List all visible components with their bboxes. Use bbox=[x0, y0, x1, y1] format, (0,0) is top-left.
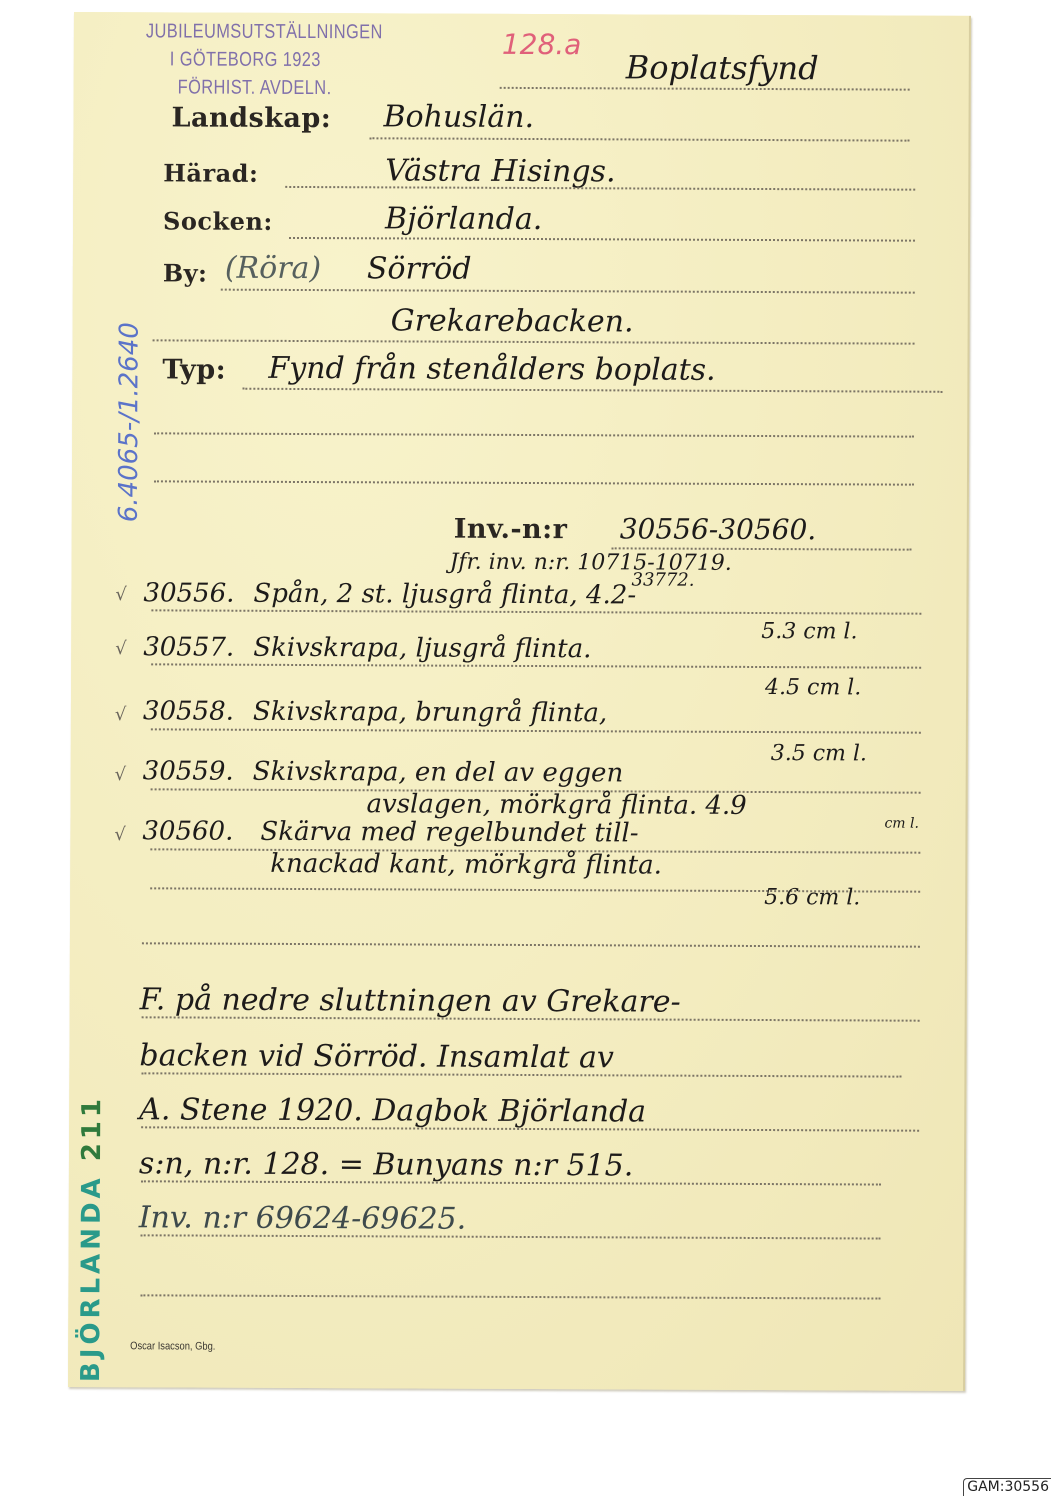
checkmark-icon: √ bbox=[115, 638, 127, 659]
checkmark-icon: √ bbox=[115, 764, 127, 785]
typ-dotted-line bbox=[242, 388, 942, 393]
by-dotted-line-2 bbox=[153, 339, 915, 344]
socken-label: Socken: bbox=[163, 206, 273, 235]
item-description: Spån, 2 st. ljusgrå flinta, 4.2- bbox=[253, 579, 636, 611]
socken-dotted-line bbox=[289, 237, 915, 242]
item-dotted-line bbox=[151, 609, 921, 614]
margin-stamp-place: BJÖRLANDA bbox=[76, 1174, 107, 1382]
item-description: Skärva med regelbundet till- bbox=[260, 817, 638, 849]
printer-imprint: Oscar Isacson, Gbg. bbox=[130, 1340, 215, 1352]
margin-stamp: BJÖRLANDA 211 bbox=[76, 1095, 107, 1382]
typ-value: Fynd från stenålders boplats. bbox=[268, 351, 715, 388]
red-catalog-number: 128.a bbox=[502, 28, 582, 61]
blank-dotted-line-2 bbox=[154, 480, 914, 485]
margin-stamp-number: 211 bbox=[77, 1095, 107, 1161]
checkmark-icon: √ bbox=[115, 704, 127, 725]
item-dotted-line bbox=[151, 728, 921, 733]
item-size: cm l. bbox=[884, 816, 919, 832]
exhibition-stamp-line1: JUBILEUMSUTSTÄLLNINGEN bbox=[146, 20, 383, 44]
item-size: 3.5 cm l. bbox=[771, 741, 867, 766]
item-description: Skivskrapa, brungrå flinta, bbox=[253, 697, 607, 729]
note-line: backen vid Sörröd. Insamlat av bbox=[139, 1038, 614, 1075]
item-number: 30560. bbox=[142, 816, 233, 846]
inventory-label: Inv.-n:r bbox=[454, 514, 568, 545]
by-label: By: bbox=[163, 258, 208, 287]
harad-value: Västra Hisings. bbox=[385, 153, 615, 189]
inventory-range: 30556-30560. bbox=[620, 512, 817, 546]
note-line: Inv. n:r 69624-69625. bbox=[139, 1200, 467, 1236]
category-dotted-line bbox=[500, 87, 910, 91]
by-value: Sörröd bbox=[367, 251, 472, 286]
item-description: Skivskrapa, ljusgrå flinta. bbox=[253, 633, 591, 664]
harad-dotted-line bbox=[285, 186, 915, 191]
archive-id-label: GAM:30556 bbox=[963, 1478, 1051, 1496]
blank-dotted-line-4 bbox=[140, 1294, 880, 1299]
socken-value: Björlanda. bbox=[385, 201, 542, 237]
by-dotted-line bbox=[221, 289, 915, 294]
item-description-line2: knackad kant, mörkgrå flinta. bbox=[270, 849, 662, 881]
item-number: 30557. bbox=[143, 632, 234, 662]
note-line: F. på nedre sluttningen av Grekare- bbox=[140, 982, 681, 1019]
notes-block: F. på nedre sluttningen av Grekare- back… bbox=[74, 12, 969, 16]
by-struck-value: (Röra) bbox=[225, 251, 321, 286]
side-note-blue: 6.4065-/1.2640 bbox=[114, 322, 145, 522]
item-description: Skivskrapa, en del av eggen bbox=[253, 757, 624, 789]
by-value-line2: Grekarebacken. bbox=[391, 303, 634, 339]
note-line: s:n, n:r. 128. = Bunyans n:r 515. bbox=[139, 1146, 633, 1183]
checkmark-icon: √ bbox=[114, 824, 126, 845]
note-dotted-line bbox=[142, 1016, 920, 1021]
note-dotted-line bbox=[141, 1234, 881, 1239]
note-line: A. Stene 1920. Dagbok Björlanda bbox=[139, 1092, 646, 1129]
catalog-card: JUBILEUMSUTSTÄLLNINGEN I GÖTEBORG 1923 F… bbox=[68, 12, 971, 1391]
typ-label: Typ: bbox=[162, 354, 226, 385]
inventory-list: √ 30556. 33772. Spån, 2 st. ljusgrå flin… bbox=[74, 12, 969, 16]
category-value: Boplatsfynd bbox=[626, 48, 819, 87]
item-number: 30559. bbox=[143, 756, 234, 786]
note-dotted-line bbox=[141, 1126, 919, 1131]
checkmark-icon: √ bbox=[115, 584, 127, 605]
item-dotted-line bbox=[151, 663, 921, 668]
item-superscript: 33772. bbox=[631, 569, 694, 590]
blank-dotted-line-3 bbox=[142, 942, 920, 947]
landskap-label: Landskap: bbox=[171, 102, 331, 134]
item-size: 4.5 cm l. bbox=[765, 675, 861, 700]
item-size: 5.6 cm l. bbox=[764, 885, 860, 910]
blank-dotted-line-1 bbox=[154, 432, 914, 437]
item-number: 30558. bbox=[143, 696, 234, 726]
note-dotted-line bbox=[141, 1180, 881, 1185]
exhibition-stamp-line3: FÖRHIST. AVDELN. bbox=[178, 76, 332, 100]
item-description-line2: avslagen, mörkgrå flinta. 4.9 bbox=[366, 789, 746, 821]
note-dotted-line bbox=[141, 1072, 901, 1077]
harad-label: Härad: bbox=[163, 158, 258, 187]
landskap-value: Bohuslän. bbox=[383, 99, 534, 135]
landskap-dotted-line bbox=[369, 137, 909, 141]
item-number: 30556. bbox=[143, 578, 234, 608]
item-size: 5.3 cm l. bbox=[761, 619, 857, 644]
exhibition-stamp-line2: I GÖTEBORG 1923 bbox=[170, 48, 321, 72]
